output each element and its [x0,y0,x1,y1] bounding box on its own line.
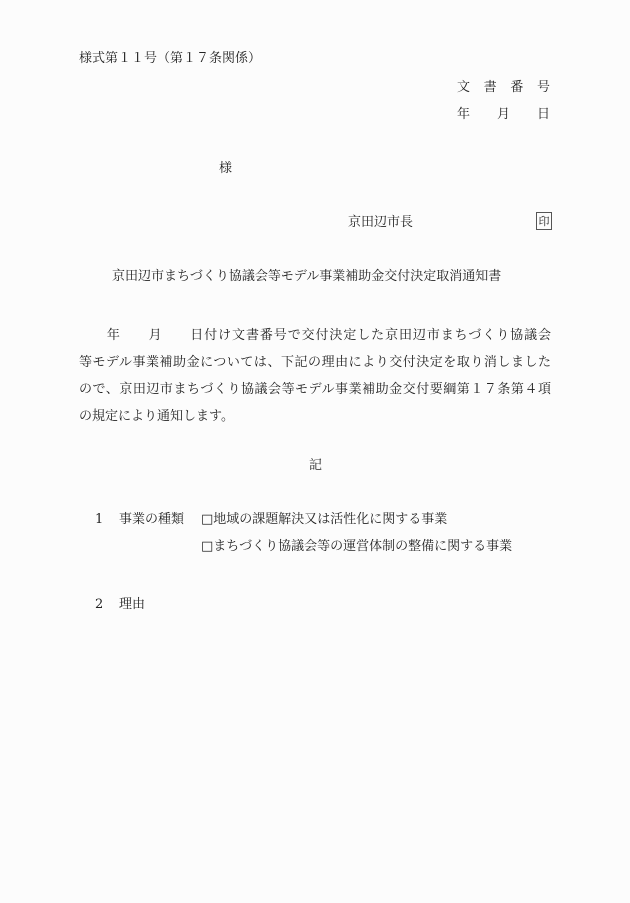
item-label-business-type: 事業の種類 [119,513,184,526]
sender-name: 京田辺市長 [348,216,413,229]
doc-number-char: 文 [457,81,470,94]
item-number: 1 [95,513,103,526]
body-line: 年 月 日付け文書番号で交付決定した京田辺市まちづくり協議会 [79,322,551,349]
date-day: 日 [537,108,550,121]
date-year: 年 [457,108,470,121]
body-paragraph: 年 月 日付け文書番号で交付決定した京田辺市まちづくり協議会 等モデル事業補助金… [79,322,551,430]
ki-heading: 記 [309,459,322,472]
document-title: 京田辺市まちづくり協議会等モデル事業補助金交付決定取消通知書 [112,270,501,283]
addressee: 様 [219,162,232,175]
option-label: 地域の課題解決又は活性化に関する事業 [213,512,447,527]
item-number: 2 [95,598,103,611]
option-label: まちづくり協議会等の運営体制の整備に関する事業 [213,539,512,554]
option-regional-issues[interactable]: □地域の課題解決又は活性化に関する事業 [201,513,447,526]
checkbox-icon[interactable]: □ [201,512,213,527]
body-line: の規定により通知します。 [79,403,551,430]
form-number: 様式第１１号（第１７条関係） [79,52,261,65]
date-field: 年 月 日 [457,108,550,121]
seal-stamp-icon: 印 [536,212,552,230]
item-label-reason: 理由 [119,598,145,611]
date-month: 月 [497,108,510,121]
doc-number-char: 号 [537,81,550,94]
doc-number-char: 書 [484,81,497,94]
body-line: 等モデル事業補助金については、下記の理由により交付決定を取り消しました [79,349,551,376]
document-number-field: 文 書 番 号 [457,81,550,94]
option-operational-structure[interactable]: □まちづくり協議会等の運営体制の整備に関する事業 [201,540,512,553]
checkbox-icon[interactable]: □ [201,539,213,554]
doc-number-char: 番 [510,81,523,94]
body-line: ので、京田辺市まちづくり協議会等モデル事業補助金交付要綱第１７条第４項 [79,376,551,403]
